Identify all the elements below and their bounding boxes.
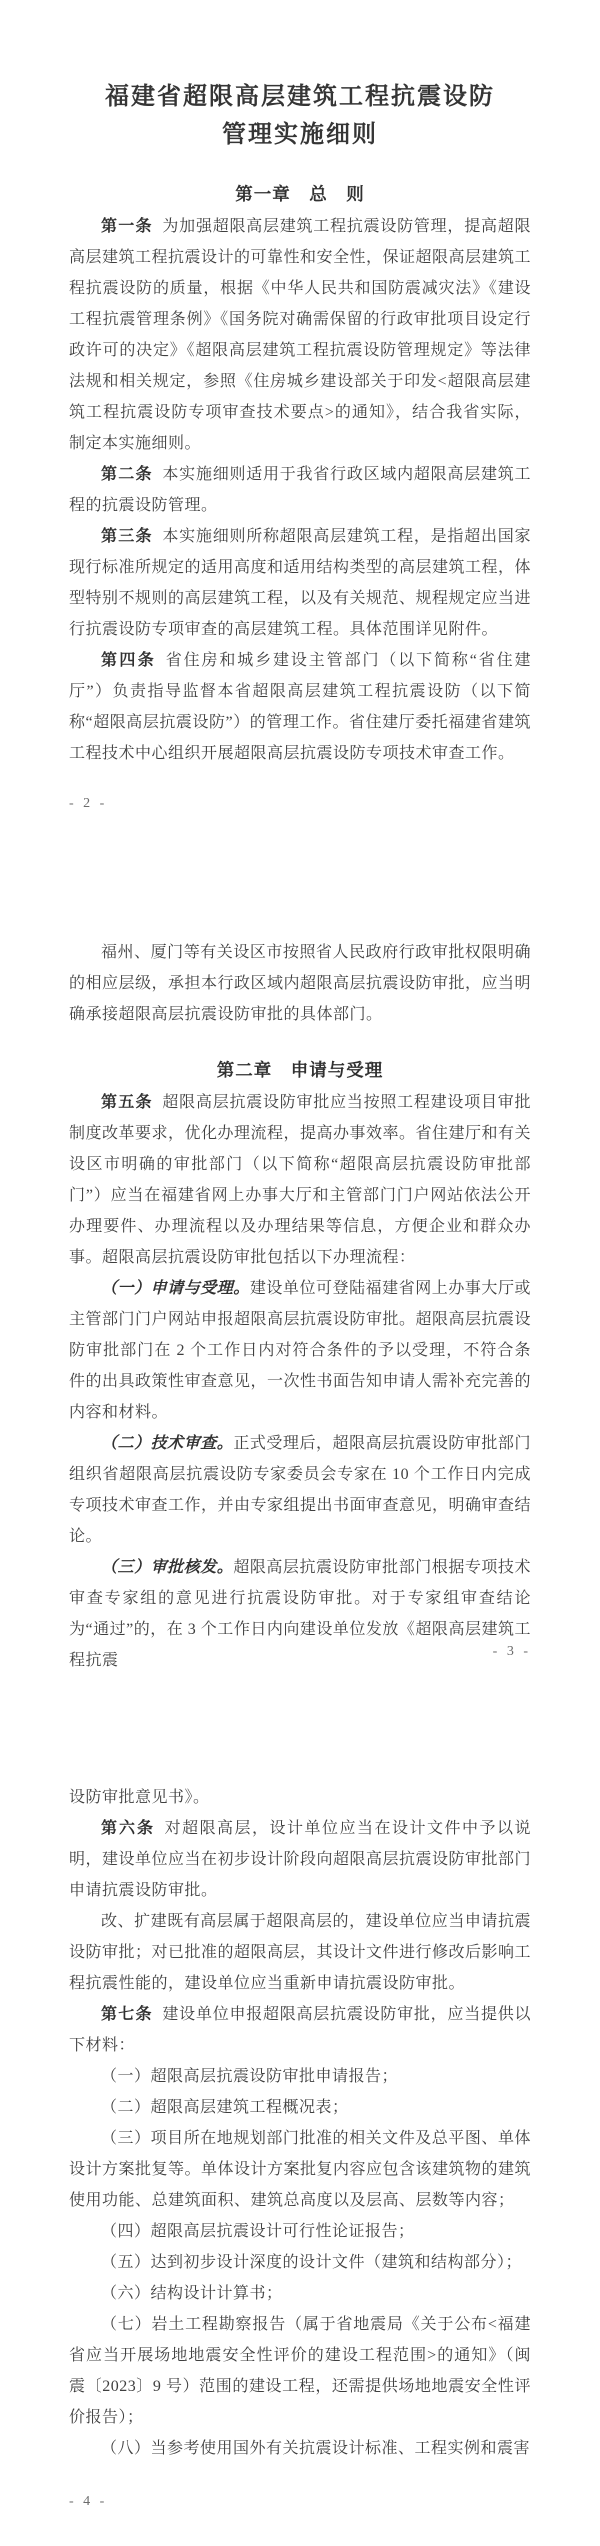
page-content: 福州、厦门等有关设区市按照省人民政府行政审批权限明确的相应层级，承担本行政区域内… bbox=[0, 848, 600, 1676]
paragraph-text: （四）超限高层抗震设计可行性论证报告； bbox=[101, 2223, 415, 2240]
article-paragraph: 第二条本实施细则适用于我省行政区域内超限高层建筑工程的抗震设防管理。 bbox=[69, 459, 531, 521]
paragraph: 改、扩建既有高层属于超限高层的，建设单位应当申请抗震设防审批；对已批准的超限高层… bbox=[69, 1906, 531, 1999]
article-number: 第五条 bbox=[101, 1094, 153, 1111]
paragraph-text: 为加强超限高层建筑工程抗震设防管理，提高超限高层建筑工程抗震设计的可靠性和安全性… bbox=[69, 218, 531, 452]
page-content: 设防审批意见书》。第六条对超限高层，设计单位应当在设计文件中予以说明，建设单位应… bbox=[0, 1696, 600, 2464]
article-number: 第一条 bbox=[101, 218, 153, 235]
document-scroll: 福建省超限高层建筑工程抗震设防管理实施细则第一章 总 则第一条为加强超限高层建筑… bbox=[0, 0, 600, 2546]
article-paragraph: 第三条本实施细则所称超限高层建筑工程，是指超出国家现行标准所规定的适用高度和适用… bbox=[69, 521, 531, 645]
document-title-line: 福建省超限高层建筑工程抗震设防 bbox=[69, 78, 531, 116]
paragraph: （三）项目所在地规划部门批准的相关文件及总平图、单体设计方案批复等。单体设计方案… bbox=[69, 2123, 531, 2216]
page-number: - 4 - bbox=[69, 2494, 107, 2510]
paragraph: （五）达到初步设计深度的设计文件（建筑和结构部分）； bbox=[69, 2247, 531, 2278]
chapter-heading: 第二章 申请与受理 bbox=[69, 1054, 531, 1087]
article-paragraph: 第五条超限高层抗震设防审批应当按照工程建设项目审批制度改革要求，优化办理流程，提… bbox=[69, 1087, 531, 1273]
paragraph-text: （一）超限高层抗震设防审批申请报告； bbox=[101, 2068, 398, 2085]
page-number: - 3 - bbox=[493, 1644, 531, 1660]
procedure-item: （三）审批核发。超限高层抗震设防审批部门根据专项技术审查专家组的意见进行抗震设防… bbox=[69, 1552, 531, 1676]
paragraph: （八）当参考使用国外有关抗震设计标准、工程实例和震害 bbox=[69, 2433, 531, 2464]
article-paragraph: 第六条对超限高层，设计单位应当在设计文件中予以说明，建设单位应当在初步设计阶段向… bbox=[69, 1813, 531, 1906]
page-content: 福建省超限高层建筑工程抗震设防管理实施细则第一章 总 则第一条为加强超限高层建筑… bbox=[0, 0, 600, 769]
article-paragraph: 第一条为加强超限高层建筑工程抗震设防管理，提高超限高层建筑工程抗震设计的可靠性和… bbox=[69, 211, 531, 459]
paragraph-text: （二）超限高层建筑工程概况表； bbox=[101, 2099, 349, 2116]
paragraph-text: 建设单位可登陆福建省网上办事大厅或主管部门门户网站申报超限高层抗震设防审批。超限… bbox=[69, 1280, 531, 1421]
item-lead: （一）申请与受理。 bbox=[101, 1280, 250, 1297]
procedure-item: （一）申请与受理。建设单位可登陆福建省网上办事大厅或主管部门门户网站申报超限高层… bbox=[69, 1273, 531, 1428]
paragraph-text: 超限高层抗震设防审批应当按照工程建设项目审批制度改革要求，优化办理流程，提高办事… bbox=[69, 1094, 531, 1266]
paragraph-text: （八）当参考使用国外有关抗震设计标准、工程实例和震害 bbox=[101, 2440, 530, 2457]
paragraph: （六）结构设计计算书； bbox=[69, 2278, 531, 2309]
paragraph: 福州、厦门等有关设区市按照省人民政府行政审批权限明确的相应层级，承担本行政区域内… bbox=[69, 937, 531, 1030]
paragraph: （二）超限高层建筑工程概况表； bbox=[69, 2092, 531, 2123]
page-number: - 2 - bbox=[69, 796, 107, 812]
page-2: 福建省超限高层建筑工程抗震设防管理实施细则第一章 总 则第一条为加强超限高层建筑… bbox=[0, 0, 600, 848]
article-number: 第四条 bbox=[101, 652, 156, 669]
chapter-heading: 第一章 总 则 bbox=[69, 178, 531, 211]
article-paragraph: 第四条省住房和城乡建设主管部门（以下简称“省住建厅”）负责指导监督本省超限高层建… bbox=[69, 645, 531, 769]
paragraph-text: （六）结构设计计算书； bbox=[101, 2285, 283, 2302]
paragraph: （一）超限高层抗震设防审批申请报告； bbox=[69, 2061, 531, 2092]
item-lead: （三）审批核发。 bbox=[101, 1559, 233, 1576]
procedure-item: （二）技术审查。正式受理后，超限高层抗震设防审批部门组织省超限高层抗震设防专家委… bbox=[69, 1428, 531, 1552]
page-3: 福州、厦门等有关设区市按照省人民政府行政审批权限明确的相应层级，承担本行政区域内… bbox=[0, 848, 600, 1696]
paragraph-text: （五）达到初步设计深度的设计文件（建筑和结构部分）； bbox=[101, 2254, 522, 2271]
item-lead: （二）技术审查。 bbox=[101, 1435, 233, 1452]
article-number: 第二条 bbox=[101, 466, 153, 483]
paragraph-text: 福州、厦门等有关设区市按照省人民政府行政审批权限明确的相应层级，承担本行政区域内… bbox=[69, 944, 531, 1023]
article-number: 第七条 bbox=[101, 2006, 153, 2023]
article-number: 第三条 bbox=[101, 528, 153, 545]
paragraph-text: 改、扩建既有高层属于超限高层的，建设单位应当申请抗震设防审批；对已批准的超限高层… bbox=[69, 1913, 531, 1992]
article-paragraph: 第七条建设单位申报超限高层抗震设防审批，应当提供以下材料： bbox=[69, 1999, 531, 2061]
document-title: 福建省超限高层建筑工程抗震设防管理实施细则 bbox=[69, 78, 531, 154]
document-title-line: 管理实施细则 bbox=[69, 116, 531, 154]
paragraph: （七）岩土工程勘察报告（属于省地震局《关于公布<福建省应当开展场地地震安全性评价… bbox=[69, 2309, 531, 2433]
page-4: 设防审批意见书》。第六条对超限高层，设计单位应当在设计文件中予以说明，建设单位应… bbox=[0, 1696, 600, 2546]
paragraph-text: （三）项目所在地规划部门批准的相关文件及总平图、单体设计方案批复等。单体设计方案… bbox=[69, 2130, 531, 2209]
paragraph: 设防审批意见书》。 bbox=[69, 1782, 531, 1813]
paragraph-text: （七）岩土工程勘察报告（属于省地震局《关于公布<福建省应当开展场地地震安全性评价… bbox=[69, 2316, 531, 2426]
paragraph-text: 设防审批意见书》。 bbox=[69, 1789, 210, 1806]
paragraph: （四）超限高层抗震设计可行性论证报告； bbox=[69, 2216, 531, 2247]
article-number: 第六条 bbox=[101, 1820, 155, 1837]
